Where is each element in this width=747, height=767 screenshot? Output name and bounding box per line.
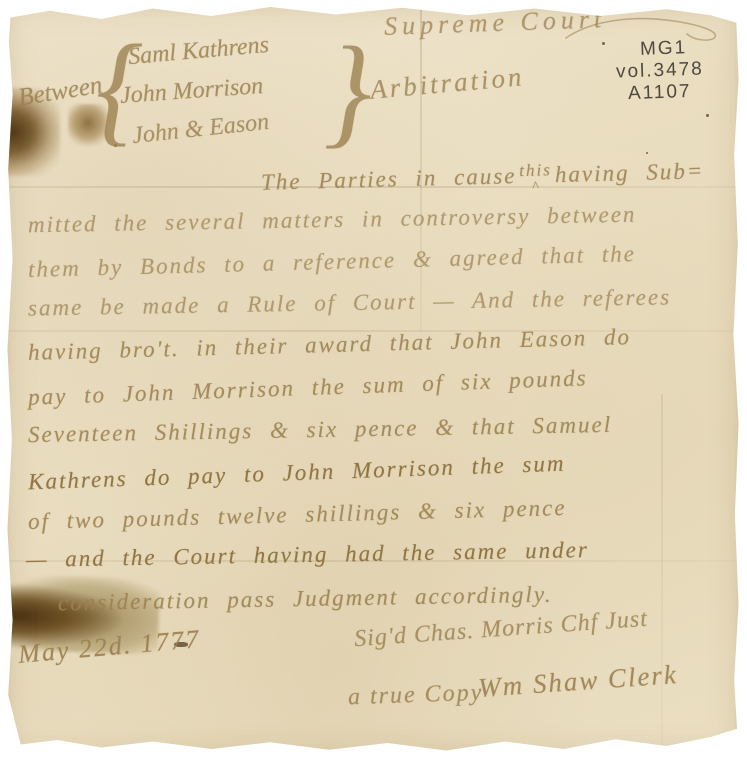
archive-label-line-2: vol.3478 <box>616 58 705 83</box>
body-line: of two pounds twelve shillings & six pen… <box>28 495 567 535</box>
clerk-signature: Wm Shaw Clerk <box>477 659 679 704</box>
ink-speck <box>706 114 709 117</box>
body-line-opening: The Parties in causethis^having Sub= <box>261 158 705 197</box>
body-line: — and the Court having had the same unde… <box>26 537 589 573</box>
body-opening-post: having Sub= <box>555 158 705 187</box>
party-name-1: Saml Kathrens <box>127 32 270 71</box>
fold-crease-vertical <box>661 394 663 749</box>
inserted-word: this <box>519 165 552 175</box>
body-line: mitted the several matters in controvers… <box>28 202 637 239</box>
document-scan: Supreme Court Between { Saml Kathrens Jo… <box>0 0 747 767</box>
attestation-line: a true Copy <box>348 680 484 712</box>
body-line: them by Bonds to a reference & agreed th… <box>28 241 636 283</box>
date-line: May 22d. 1777 <box>17 624 202 670</box>
body-line: pay to John Morrison the sum of six poun… <box>28 365 588 411</box>
signed-line: Sig'd Chas. Morris Chf Just <box>353 606 648 653</box>
body-line: Seventeen Shillings & six pence & that S… <box>28 412 613 448</box>
body-opening-pre: The Parties in cause <box>261 163 517 195</box>
body-line: consideration pass Judgment accordingly. <box>58 582 553 617</box>
archive-label-line-1: MG1 <box>640 37 688 61</box>
manuscript-paper: Supreme Court Between { Saml Kathrens Jo… <box>6 4 740 755</box>
archive-label-line-3: A1107 <box>628 81 692 105</box>
body-line: having bro't. in their award that John E… <box>28 324 631 366</box>
case-type-label: Arbitration <box>369 61 526 105</box>
party-name-3: John & Eason <box>131 109 270 150</box>
between-label: Between <box>16 72 104 113</box>
insertion-block: this^ <box>519 165 552 183</box>
ink-speck <box>646 152 648 154</box>
right-brace: } <box>324 29 371 153</box>
insertion-caret-icon: ^ <box>532 184 540 192</box>
stain-dot-top-edge <box>64 2 78 13</box>
body-line: same be made a Rule of Court — And the r… <box>28 284 671 321</box>
body-line: Kathrens do pay to John Morrison the sum <box>28 451 566 496</box>
